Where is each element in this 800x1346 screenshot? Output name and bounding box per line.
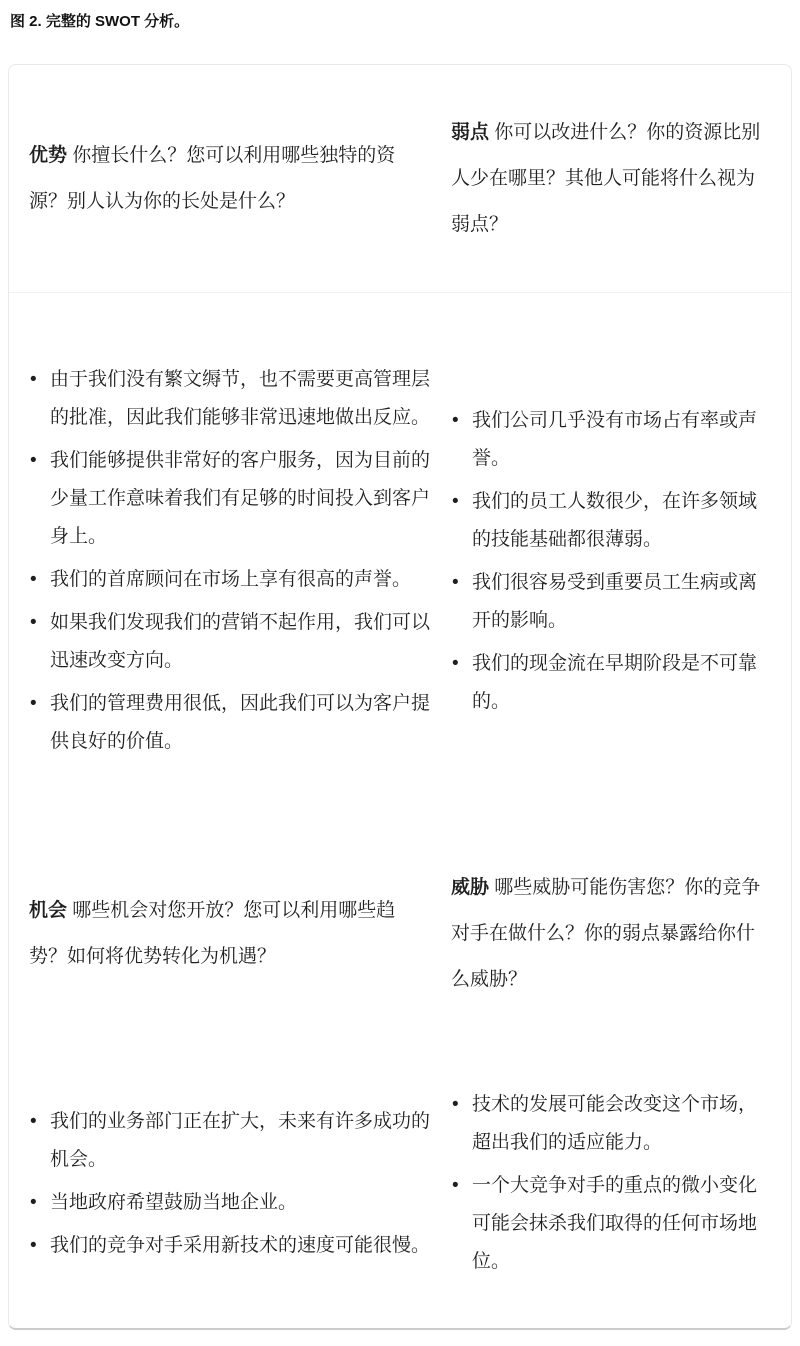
list-item: 我们很容易受到重要员工生病或离开的影响。 xyxy=(451,564,765,640)
list-item: 我们的业务部门正在扩大，未来有许多成功的机会。 xyxy=(29,1103,431,1179)
weaknesses-header: 弱点 你可以改进什么？你的资源比别人少在哪里？其他人可能将什么视为弱点？ xyxy=(451,110,765,248)
opportunities-question: 哪些机会对您开放？您可以利用哪些趋势？如何将优势转化为机遇？ xyxy=(29,900,395,967)
list-item: 我们能够提供非常好的客户服务，因为目前的少量工作意味着我们有足够的时间投入到客户… xyxy=(29,442,431,556)
strengths-list-cell: 由于我们没有繁文缛节，也不需要更高管理层的批准，因此我们能够非常迅速地做出反应。… xyxy=(9,293,451,829)
threats-list: 技术的发展可能会改变这个市场，超出我们的适应能力。一个大竞争对手的重点的微小变化… xyxy=(451,1086,765,1281)
list-item: 我们的现金流在早期阶段是不可靠的。 xyxy=(451,645,765,721)
threats-list-cell: 技术的发展可能会改变这个市场，超出我们的适应能力。一个大竞争对手的重点的微小变化… xyxy=(451,1039,791,1328)
opportunities-header: 机会 哪些机会对您开放？您可以利用哪些趋势？如何将优势转化为机遇？ xyxy=(29,888,431,980)
swot-card: 优势 你擅长什么？您可以利用哪些独特的资源？别人认为你的长处是什么？ 弱点 你可… xyxy=(8,64,792,1330)
list-item: 如果我们发现我们的营销不起作用，我们可以迅速改变方向。 xyxy=(29,604,431,680)
strengths-list: 由于我们没有繁文缛节，也不需要更高管理层的批准，因此我们能够非常迅速地做出反应。… xyxy=(29,361,431,761)
opportunities-list: 我们的业务部门正在扩大，未来有许多成功的机会。当地政府希望鼓励当地企业。我们的竞… xyxy=(29,1103,431,1265)
list-item: 我们的竞争对手采用新技术的速度可能很慢。 xyxy=(29,1227,431,1265)
opportunities-title: 机会 xyxy=(29,900,67,921)
weaknesses-header-cell: 弱点 你可以改进什么？你的资源比别人少在哪里？其他人可能将什么视为弱点？ xyxy=(451,65,791,293)
threats-question: 哪些威胁可能伤害您？你的竞争对手在做什么？你的弱点暴露给你什么威胁？ xyxy=(451,877,760,990)
list-item: 我们的首席顾问在市场上享有很高的声誉。 xyxy=(29,561,431,599)
threats-header-cell: 威胁 哪些威胁可能伤害您？你的竞争对手在做什么？你的弱点暴露给你什么威胁？ xyxy=(451,829,791,1039)
list-item: 我们的管理费用很低，因此我们可以为客户提供良好的价值。 xyxy=(29,685,431,761)
opportunities-list-cell: 我们的业务部门正在扩大，未来有许多成功的机会。当地政府希望鼓励当地企业。我们的竞… xyxy=(9,1039,451,1328)
list-item: 我们公司几乎没有市场占有率或声誉。 xyxy=(451,402,765,478)
list-item: 一个大竞争对手的重点的微小变化可能会抹杀我们取得的任何市场地位。 xyxy=(451,1167,765,1281)
opportunities-header-cell: 机会 哪些机会对您开放？您可以利用哪些趋势？如何将优势转化为机遇？ xyxy=(9,829,451,1039)
swot-grid: 优势 你擅长什么？您可以利用哪些独特的资源？别人认为你的长处是什么？ 弱点 你可… xyxy=(9,65,791,1328)
strengths-header-cell: 优势 你擅长什么？您可以利用哪些独特的资源？别人认为你的长处是什么？ xyxy=(9,65,451,293)
threats-title: 威胁 xyxy=(451,877,489,898)
strengths-title: 优势 xyxy=(29,145,67,166)
weaknesses-list: 我们公司几乎没有市场占有率或声誉。我们的员工人数很少，在许多领域的技能基础都很薄… xyxy=(451,402,765,721)
list-item: 技术的发展可能会改变这个市场，超出我们的适应能力。 xyxy=(451,1086,765,1162)
strengths-header: 优势 你擅长什么？您可以利用哪些独特的资源？别人认为你的长处是什么？ xyxy=(29,133,431,225)
figure-caption: 图 2. 完整的 SWOT 分析。 xyxy=(10,12,790,32)
list-item: 由于我们没有繁文缛节，也不需要更高管理层的批准，因此我们能够非常迅速地做出反应。 xyxy=(29,361,431,437)
list-item: 当地政府希望鼓励当地企业。 xyxy=(29,1184,431,1222)
threats-header: 威胁 哪些威胁可能伤害您？你的竞争对手在做什么？你的弱点暴露给你什么威胁？ xyxy=(451,865,765,1003)
list-item: 我们的员工人数很少，在许多领域的技能基础都很薄弱。 xyxy=(451,483,765,559)
weaknesses-title: 弱点 xyxy=(451,122,489,143)
page: 图 2. 完整的 SWOT 分析。 优势 你擅长什么？您可以利用哪些独特的资源？… xyxy=(0,0,800,1346)
strengths-question: 你擅长什么？您可以利用哪些独特的资源？别人认为你的长处是什么？ xyxy=(29,145,395,212)
weaknesses-list-cell: 我们公司几乎没有市场占有率或声誉。我们的员工人数很少，在许多领域的技能基础都很薄… xyxy=(451,293,791,829)
weaknesses-question: 你可以改进什么？你的资源比别人少在哪里？其他人可能将什么视为弱点？ xyxy=(451,122,760,235)
